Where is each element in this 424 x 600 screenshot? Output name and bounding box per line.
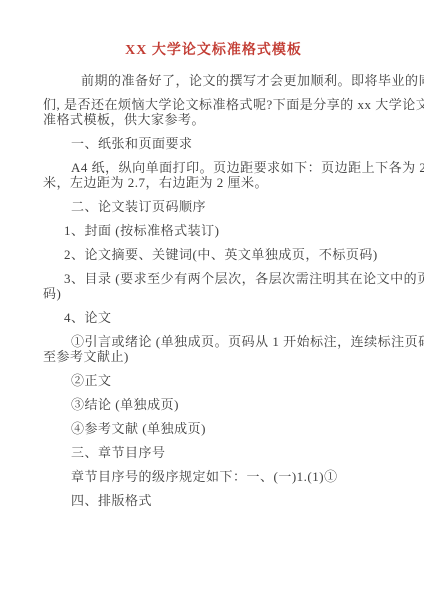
text-line: 1、封面 (按标准格式装订) — [43, 223, 384, 238]
document-body: 前期的准备好了，论文的撰写才会更加顺利。即将毕业的同学们, 是否还在烦恼大学论文… — [43, 73, 384, 508]
page-title: XX 大学论文标准格式模板 — [43, 41, 384, 61]
text-line: 准格式模板，供大家参考。 — [43, 112, 384, 127]
text-line: 2、论文摘要、关键词(中、英文单独成页，不标页码) — [43, 247, 384, 262]
circled-item-3: ③结论 (单独成页) — [43, 397, 384, 412]
text-line: 米，左边距为 2.7，右边距为 2 厘米。 — [43, 175, 384, 190]
intro-paragraph-continuation: 们, 是否还在烦恼大学论文标准格式呢?下面是分享的 xx 大学论文标准格式模板，… — [43, 97, 384, 127]
text-line: 前期的准备好了，论文的撰写才会更加顺利。即将毕业的同学 — [43, 73, 384, 88]
text-line: 章节目序号的级序规定如下：一、(一)1.(1)① — [43, 469, 384, 484]
paper-requirements-paragraph: A4 纸，纵向单面打印。页边距要求如下：页边距上下各为 2 厘米，左边距为 2.… — [43, 160, 384, 190]
numbered-item-3: 3、目录 (要求至少有两个层次，各层次需注明其在论文中的页码) — [43, 271, 384, 301]
section-heading-1: 一、纸张和页面要求 — [43, 136, 384, 151]
text-line: A4 纸，纵向单面打印。页边距要求如下：页边距上下各为 2 厘 — [43, 160, 384, 175]
text-line: 一、纸张和页面要求 — [43, 136, 384, 151]
text-line: 二、论文装订页码顺序 — [43, 199, 384, 214]
section-heading-3: 三、章节目序号 — [43, 445, 384, 460]
intro-paragraph-line-1: 前期的准备好了，论文的撰写才会更加顺利。即将毕业的同学 — [43, 73, 384, 88]
numbered-item-4: 4、论文 — [43, 310, 384, 325]
text-line: ①引言或绪论 (单独成页。页码从 1 开始标注，连续标注页码， — [43, 334, 384, 349]
section-heading-2: 二、论文装订页码顺序 — [43, 199, 384, 214]
circled-item-1: ①引言或绪论 (单独成页。页码从 1 开始标注，连续标注页码，至参考文献止) — [43, 334, 384, 364]
text-line: 四、排版格式 — [43, 493, 384, 508]
numbering-rule-line: 章节目序号的级序规定如下：一、(一)1.(1)① — [43, 469, 384, 484]
text-line: 们, 是否还在烦恼大学论文标准格式呢?下面是分享的 xx 大学论文标 — [43, 97, 384, 112]
text-line: 4、论文 — [43, 310, 384, 325]
document-page: XX 大学论文标准格式模板 前期的准备好了，论文的撰写才会更加顺利。即将毕业的同… — [0, 0, 424, 600]
text-line: ②正文 — [43, 373, 384, 388]
text-line: 三、章节目序号 — [43, 445, 384, 460]
text-line: 码) — [43, 286, 384, 301]
text-line: 至参考文献止) — [43, 349, 384, 364]
numbered-item-1: 1、封面 (按标准格式装订) — [43, 223, 384, 238]
text-line: ③结论 (单独成页) — [43, 397, 384, 412]
text-line: ④参考文献 (单独成页) — [43, 421, 384, 436]
circled-item-2: ②正文 — [43, 373, 384, 388]
circled-item-4: ④参考文献 (单独成页) — [43, 421, 384, 436]
text-line: 3、目录 (要求至少有两个层次，各层次需注明其在论文中的页 — [43, 271, 384, 286]
numbered-item-2: 2、论文摘要、关键词(中、英文单独成页，不标页码) — [43, 247, 384, 262]
section-heading-4: 四、排版格式 — [43, 493, 384, 508]
